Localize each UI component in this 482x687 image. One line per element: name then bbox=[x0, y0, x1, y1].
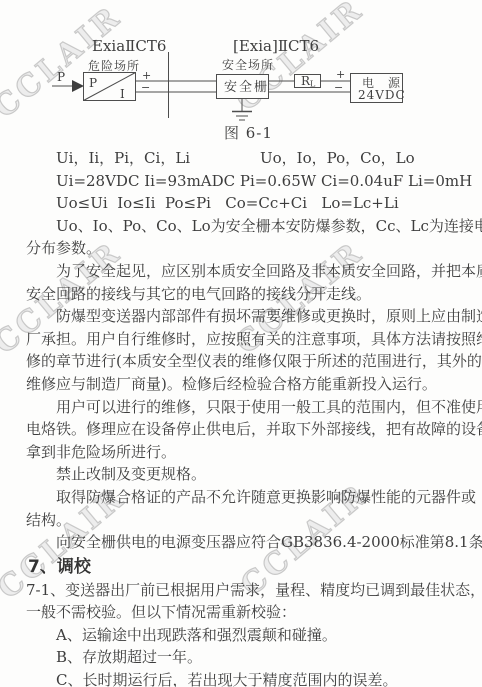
transmitter-box: P I bbox=[84, 73, 136, 102]
transmitter-pressure-label: P bbox=[89, 76, 97, 90]
left-certification-label: ExiaⅡCT6 bbox=[92, 37, 166, 55]
input-signal-label: P bbox=[57, 70, 65, 84]
text-line: 厂承担。用户自行维修时，应按照有关的注意事项，具体方法请按照维 bbox=[26, 328, 462, 351]
text-line: 向安全栅供电的电源变压器应符合GB3836.4-2000标准第8.1条要求。 bbox=[26, 531, 462, 554]
text-line: 结构。 bbox=[26, 509, 462, 532]
section-heading: 7、调校 bbox=[28, 555, 462, 579]
list-item: B、存放期超过一年。 bbox=[26, 646, 462, 669]
text-line: 为了安全起见，应区别本质安全回路及非本质安全回路，并把本质 bbox=[26, 260, 462, 283]
ground-icon bbox=[232, 99, 252, 121]
list-item: A、运输途中出现跌落和强烈震颠和碰撞。 bbox=[26, 624, 462, 647]
minus-sign-right: − bbox=[334, 81, 343, 94]
text-line: 维修应与制造厂商量)。检修后经检验合格方能重新投入运行。 bbox=[26, 373, 462, 396]
body-text: Ui，Ii，Pi，Ci，LiUo，Io，Po，Co，Lo Ui=28VDC Ii… bbox=[0, 147, 482, 687]
right-certification-label: [Exia]ⅡCT6 bbox=[233, 37, 319, 55]
output-params: Uo，Io，Po，Co，Lo bbox=[260, 147, 415, 170]
text-line: 修的章节进行(本质安全型仪表的维修仅限于所述的范围进行，其外的 bbox=[26, 350, 462, 373]
safe-area-label: 安全场所 bbox=[222, 57, 274, 72]
transmitter-current-label: I bbox=[120, 87, 125, 101]
arrowhead-icon bbox=[72, 80, 84, 92]
plus-sign-right: + bbox=[336, 68, 345, 81]
power-supply-box: 电 源 24VDC bbox=[351, 74, 406, 103]
param-relations-line: Uo≤Ui Io≤Ii Po≤Pi Co=Cc+Ci Lo=Lc+Li bbox=[26, 192, 462, 215]
figure-6-1-diagram: ExiaⅡCT6 [Exia]ⅡCT6 危险场所 安全场所 P P I + − bbox=[0, 0, 482, 147]
text-line: Uo、Io、Po、Co、Lo为安全栅本安防爆参数，Cc、Lc为连接电缆的 bbox=[26, 215, 462, 238]
param-values-line: Ui=28VDC Ii=93mADC Pi=0.65W Ci=0.04uF Li… bbox=[26, 170, 462, 193]
text-line: 电烙铁。修理应在设备停止供电后，并取下外部接线，把有故障的设备 bbox=[26, 418, 462, 441]
rl-subscript: L bbox=[310, 80, 316, 89]
text-line: 防爆型变送器内部部件有损坏需要维修或更换时，原则上应由制造 bbox=[26, 305, 462, 328]
load-resistor-box: RL bbox=[295, 74, 321, 89]
param-symbols-line: Ui，Ii，Pi，Ci，LiUo，Io，Po，Co，Lo bbox=[26, 147, 462, 170]
list-item: C、长时期运行后，若出现大于精度范围内的误差。 bbox=[26, 669, 462, 687]
figure-caption: 图 6-1 bbox=[224, 124, 273, 142]
text-line: 一般不需校验。但以下情况需重新校验： bbox=[26, 601, 462, 624]
manual-page: ExiaⅡCT6 [Exia]ⅡCT6 危险场所 安全场所 P P I + − bbox=[0, 0, 482, 687]
input-params: Ui，Ii，Pi，Ci，Li bbox=[56, 149, 190, 167]
text-line: 安全回路的接线与其它的电气回路的接线分开走线。 bbox=[26, 283, 462, 306]
safety-barrier-box: 安全栅 bbox=[217, 75, 270, 99]
text-line: 分布参数。 bbox=[26, 237, 462, 260]
hazardous-area-label: 危险场所 bbox=[88, 58, 140, 73]
power-supply-voltage: 24VDC bbox=[358, 88, 406, 102]
input-arrow: P bbox=[52, 70, 84, 92]
text-line: 禁止改制及变更规格。 bbox=[26, 463, 462, 486]
text-line: 7-1、变送器出厂前已根据用户需求，量程、精度均已调到最佳状态， bbox=[26, 579, 462, 602]
text-line: 取得防爆合格证的产品不允许随意更换影响防爆性能的元器件或 bbox=[26, 486, 462, 509]
safety-barrier-label: 安全栅 bbox=[224, 79, 269, 95]
text-line: 用户可以进行的维修，只限于使用一般工具的范围内，但不准使用 bbox=[26, 396, 462, 419]
text-line: 拿到非危险场所进行。 bbox=[26, 441, 462, 464]
